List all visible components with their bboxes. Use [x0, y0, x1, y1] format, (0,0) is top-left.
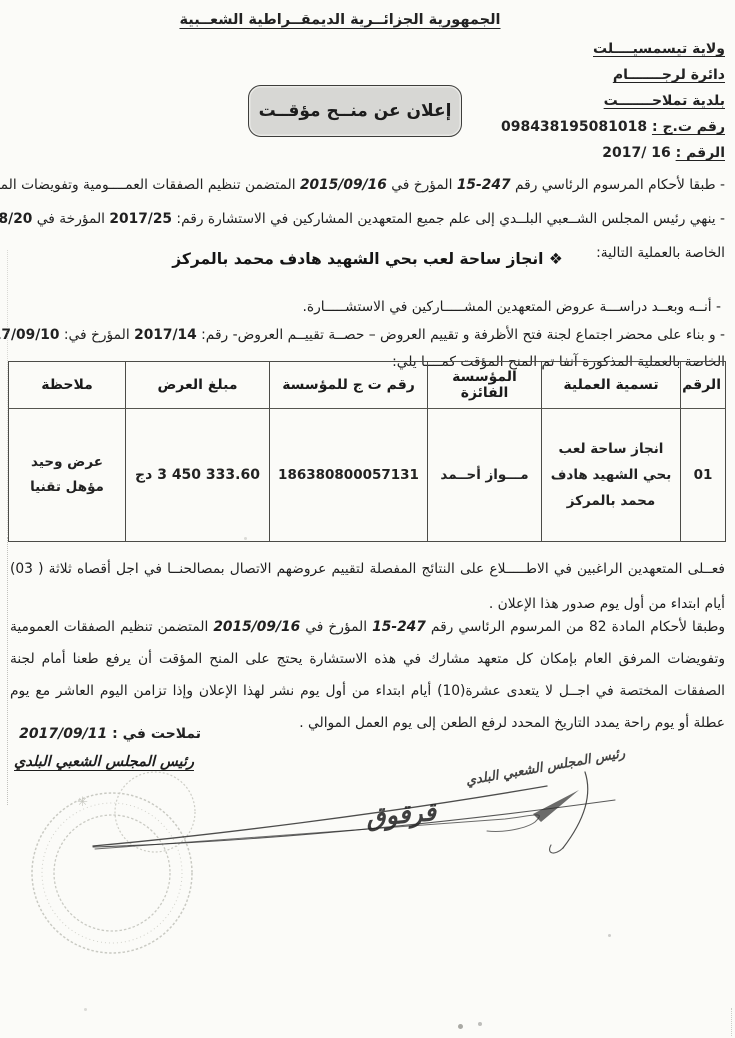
decree-number-2: 247-15	[372, 619, 426, 635]
republic-title: الجمهورية الجزائــرية الديمقــراطية الشع…	[150, 12, 530, 28]
rc-label: رقم ت.ج :	[652, 119, 725, 135]
administrative-header-block: ولاية تيسمسيــــلت دائرة لرجـــــــام بل…	[501, 36, 725, 166]
daira-line: دائرة لرجـــــــام	[501, 62, 725, 88]
cell-amount: 3 450 333.60 دج	[126, 409, 270, 542]
cell-operation: انجاز ساحة لعب بحي الشهيد هادف محمد بالم…	[542, 409, 681, 542]
doc-number-line: الرقم : 16 /2017	[501, 140, 725, 166]
col-header-number: الرقم	[681, 362, 726, 409]
scan-artifact-line	[731, 1008, 732, 1036]
rc-number-line: رقم ت.ج : 098438195081018	[501, 114, 725, 140]
scan-speck	[608, 934, 611, 937]
wilaya-line: ولاية تيسمسيــــلت	[501, 36, 725, 62]
col-header-note: ملاحظة	[9, 362, 126, 409]
rc-value: 098438195081018	[501, 119, 647, 135]
announcement-banner: إعلان عن منــح مؤقــت	[248, 85, 462, 137]
scan-speck	[478, 1022, 482, 1026]
decree-number: 247-15	[457, 177, 511, 193]
paragraph-committee-report: - و بناء على محضر اجتماع لجنة فتح الأظرف…	[10, 322, 725, 348]
col-header-operation: تسمية العملية	[542, 362, 681, 409]
consultation-number: 2017/25	[109, 211, 172, 227]
scan-artifact-line	[7, 537, 8, 805]
consultation-date: 2017/08/20	[0, 211, 32, 227]
paragraph-decree-reference: - طبقا لأحكام المرسوم الرئاسي رقم 247-15…	[10, 172, 725, 198]
paragraph-offers-study: - أنــه وبعــد دراســـة عروض المتعهدين ا…	[10, 294, 721, 320]
diamond-bullet-icon: ❖	[549, 250, 563, 268]
report-number: 2017/14	[134, 327, 197, 343]
operation-title-line: ❖ انجاز ساحة لعب بحي الشهيد هادف محمد با…	[0, 250, 735, 268]
col-header-rc: رقم ت ج للمؤسسة	[270, 362, 428, 409]
operation-title: انجاز ساحة لعب بحي الشهيد هادف محمد بالم…	[172, 250, 543, 268]
cell-winner: مـــواز أحــمد	[428, 409, 542, 542]
table-row: 01 انجاز ساحة لعب بحي الشهيد هادف محمد ب…	[9, 409, 726, 542]
cell-rc: 186380800057131	[270, 409, 428, 542]
cell-row-number: 01	[681, 409, 726, 542]
decree-date-2: 2015/09/16	[213, 619, 300, 635]
signature-place-date-line: تملاحت في : 2017/09/11	[26, 726, 201, 742]
signatory-title: رئيس المجلس الشعبي البلدي	[8, 754, 200, 770]
col-header-amount: مبلغ العرض	[126, 362, 270, 409]
signature-date: 2017/09/11	[19, 726, 107, 742]
scan-speck	[244, 537, 247, 540]
scan-speck	[458, 1024, 463, 1029]
commune-line: بلدية تملاحـــــــت	[501, 88, 725, 114]
scanned-document-page: الجمهورية الجزائــرية الديمقــراطية الشع…	[0, 0, 735, 1038]
handwritten-signature-name: قرقوق	[365, 797, 437, 832]
doc-number-label: الرقم :	[676, 145, 725, 161]
col-header-winner: المؤسسة الفائزة	[428, 362, 542, 409]
table-header-row: الرقم تسمية العملية المؤسسة الفائزة رقم …	[9, 362, 726, 409]
decree-date: 2015/09/16	[300, 177, 387, 193]
doc-number-value: 16 /2017	[602, 145, 670, 161]
report-date: 2017/09/10	[0, 327, 59, 343]
award-results-table: الرقم تسمية العملية المؤسسة الفائزة رقم …	[8, 361, 726, 542]
paragraph-appeal-procedure: وطبقا لأحكام المادة 82 من المرسوم الرئاس…	[10, 611, 725, 739]
scan-speck	[84, 1008, 87, 1011]
cell-note: عرض وحيد مؤهل تقنيا	[9, 409, 126, 542]
scan-artifact-line	[7, 250, 8, 535]
paragraph-consultation-notice: - ينهي رئيس المجلس الشــعبي البلــدي إلى…	[10, 206, 725, 232]
